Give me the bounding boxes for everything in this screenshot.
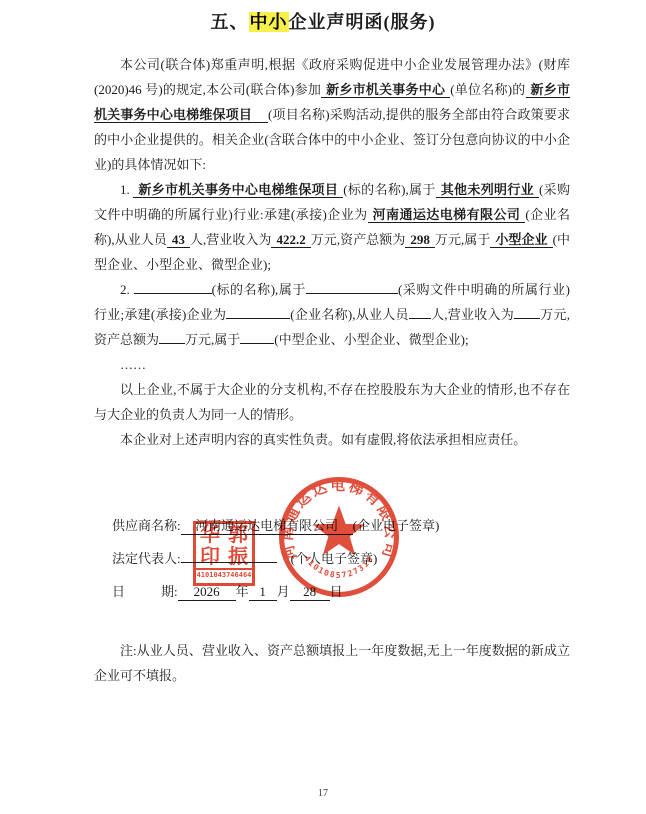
title-suffix: 企业声明函(服务) [289, 12, 436, 32]
supplier-name-label: 供应商名称: [112, 518, 181, 533]
item-1-size-fill: 小型企业 [490, 232, 552, 248]
item-2-text-1: (标的名称),属于 [212, 282, 306, 297]
date-label-qi: 期: [161, 584, 178, 599]
item-1-company-fill: 河南通运达电梯有限公司 [368, 207, 526, 223]
intro-paragraph: 本公司(联合体)郑重声明,根据《政府采购促进中小企业发展管理办法》(财库(202… [94, 52, 570, 177]
item-1-revenue-fill: 422.2 [271, 232, 310, 248]
personal-seal-characters: 华 郭 印 振 [196, 524, 252, 568]
item-1-subject-fill: 新乡市机关事务中心电梯维保项目 [133, 182, 343, 198]
date-year-value: 2026 [194, 584, 220, 599]
date-label-ri: 日 [112, 584, 125, 599]
item-2-revenue-blank [514, 305, 540, 319]
date-month-value: 1 [259, 584, 266, 599]
date-month-underline: 1 [249, 584, 277, 601]
item-1-text-1: (标的名称),属于 [343, 182, 436, 197]
item-2-text-3: (企业名称),从业人员 [290, 307, 408, 322]
date-year-unit: 年 [236, 584, 249, 599]
purchaser-name-fill: 新乡市机关事务中心 [321, 82, 450, 98]
item-2-paragraph: 2. (标的名称),属于(采购文件中明确的所属行业)行业;承建(承接)企业为(企… [94, 277, 570, 352]
company-seal-number-text: 4101085727318 [302, 553, 375, 579]
title-prefix: 五、 [211, 12, 249, 32]
personal-seal-char-3: 印 [196, 546, 224, 568]
document-body: 本公司(联合体)郑重声明,根据《政府采购促进中小企业发展管理办法》(财库(202… [94, 52, 570, 452]
item-2-company-blank [226, 305, 290, 319]
page-number: 17 [0, 788, 646, 799]
item-2-assets-blank [159, 330, 185, 344]
personal-seal-number: 4101043746464 [196, 568, 252, 580]
item-2-text-4: 人,营业收入为 [431, 307, 514, 322]
truthfulness-paragraph: 本企业对上述声明内容的真实性负责。如有虚假,将依法承担相应责任。 [94, 427, 570, 452]
legal-rep-label: 法定代表人: [112, 551, 181, 566]
item-2-text-6: 万元,属于 [185, 332, 240, 347]
footnote-paragraph: 注:从业人员、营业收入、资产总额填报上一年度数据,无上一年度数据的新成立企业可不… [94, 638, 570, 688]
company-seal-stamp: 河南通运达电梯有限公司 4101085727318 [278, 476, 400, 598]
intro-text-2: (单位名称)的 [450, 82, 525, 97]
item-1-text-6: 万元,属于 [435, 232, 491, 247]
company-seal-star-icon [313, 505, 365, 555]
item-2-industry-blank [306, 280, 398, 294]
personal-seal-char-2: 郭 [224, 524, 252, 546]
item-1-text-5: 万元,资产总额为 [311, 232, 406, 247]
page-title: 五、中小企业声明函(服务) [0, 8, 646, 34]
item-1-number: 1. [120, 182, 130, 197]
item-1-assets-fill: 298 [405, 232, 435, 248]
item-1-text-4: 人,营业收入为 [190, 232, 272, 247]
personal-seal-char-4: 振 [224, 546, 252, 568]
personal-seal-stamp: 华 郭 印 振 4101043746464 [193, 521, 255, 586]
item-2-size-blank [240, 330, 274, 344]
item-2-subject-blank [134, 280, 212, 294]
item-2-number: 2. [120, 282, 130, 297]
date-year-underline: 2026 [178, 584, 236, 601]
item-1-paragraph: 1. 新乡市机关事务中心电梯维保项目(标的名称),属于其他未列明行业(采购文件中… [94, 177, 570, 277]
title-highlight: 中小 [249, 12, 289, 32]
no-large-enterprise-paragraph: 以上企业,不属于大企业的分支机构,不存在控股股东为大企业的情形,也不存在与大企业… [94, 377, 570, 427]
ellipsis-line: …… [94, 352, 570, 377]
item-2-staff-blank [409, 305, 431, 319]
personal-seal-char-1: 华 [196, 524, 224, 546]
document-page: 五、中小企业声明函(服务) 本公司(联合体)郑重声明,根据《政府采购促进中小企业… [0, 0, 646, 814]
item-1-staff-fill: 43 [167, 232, 190, 248]
item-2-text-7: (中型企业、小型企业、微型企业); [274, 332, 468, 347]
item-1-industry-fill: 其他未列明行业 [436, 182, 539, 198]
